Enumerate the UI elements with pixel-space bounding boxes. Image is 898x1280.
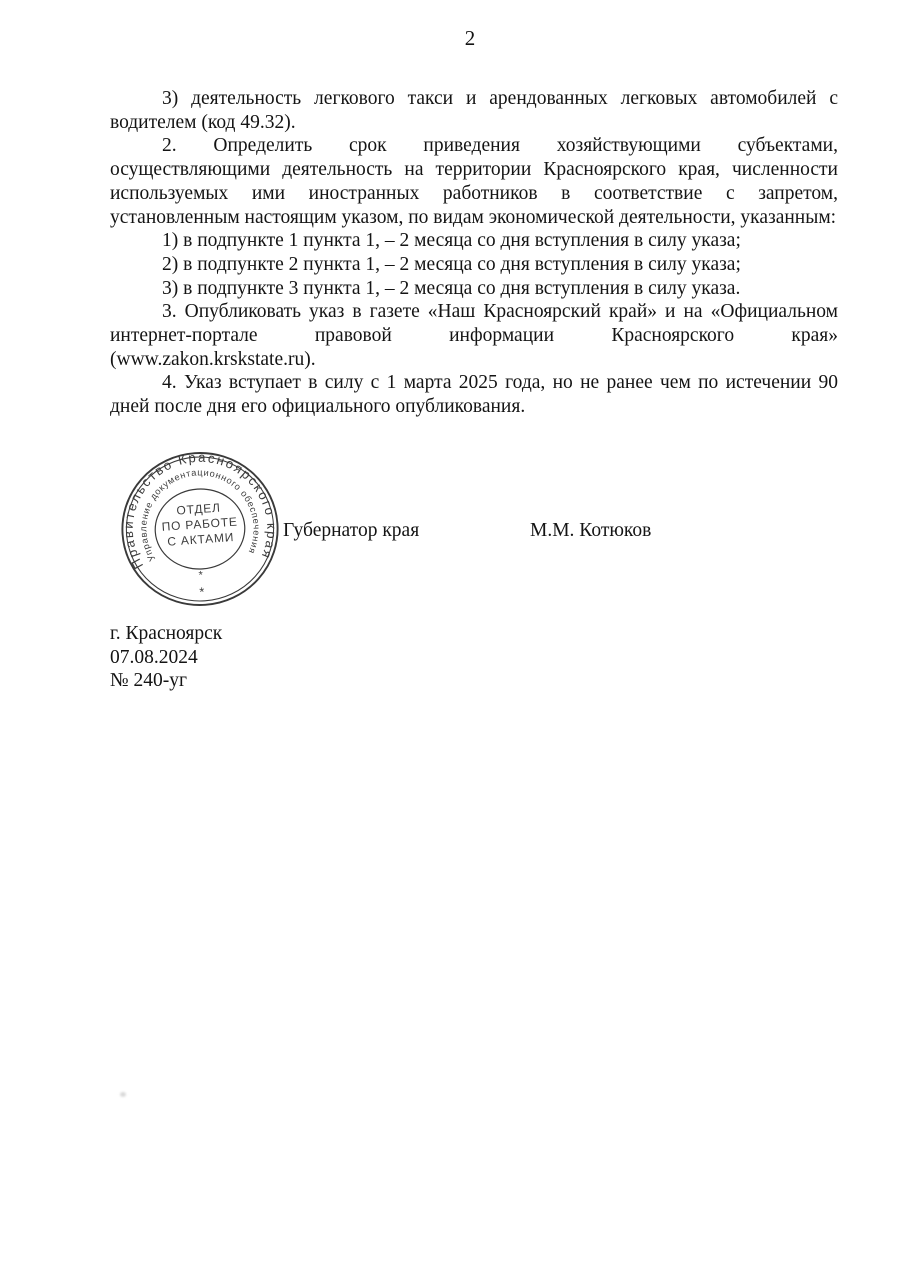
scan-artifact-dot [120, 1092, 126, 1097]
page-number: 2 [440, 26, 500, 51]
stamp-center-line-1: ОТДЕЛ [176, 501, 221, 518]
paragraph-point-4: 4. Указ вступает в силу с 1 марта 2025 г… [110, 371, 838, 418]
stamp-asterisk-lower: * [199, 584, 205, 599]
document-page: 2 3) деятельность легкового такси и арен… [0, 0, 898, 1280]
signature-name: М.М. Котюков [530, 520, 651, 542]
signature-title: Губернатор края [283, 520, 419, 542]
official-stamp: Правительство Красноярского края Управле… [112, 443, 289, 614]
stamp-asterisk-upper: * [198, 569, 204, 581]
stamp-center-line-3: С АКТАМИ [167, 530, 235, 549]
list-item-1: 1) в подпункте 1 пункта 1, – 2 месяца со… [110, 229, 838, 253]
list-item-3: 3) в подпункте 3 пункта 1, – 2 месяца со… [110, 277, 838, 301]
footer-date: 07.08.2024 [110, 646, 222, 670]
paragraph-point-3: 3. Опубликовать указ в газете «Наш Красн… [110, 300, 838, 371]
list-item-2: 2) в подпункте 2 пункта 1, – 2 месяца со… [110, 253, 838, 277]
footer-city: г. Красноярск [110, 622, 222, 646]
footer-doc-number: № 240-уг [110, 669, 222, 693]
document-body: 3) деятельность легкового такси и арендо… [110, 87, 838, 419]
document-footer: г. Красноярск 07.08.2024 № 240-уг [110, 622, 222, 693]
stamp-icon: Правительство Красноярского края Управле… [112, 443, 289, 614]
paragraph-subpoint-3-taxi: 3) деятельность легкового такси и арендо… [110, 87, 838, 134]
paragraph-point-2: 2. Определить срок приведения хозяйствую… [110, 134, 838, 229]
